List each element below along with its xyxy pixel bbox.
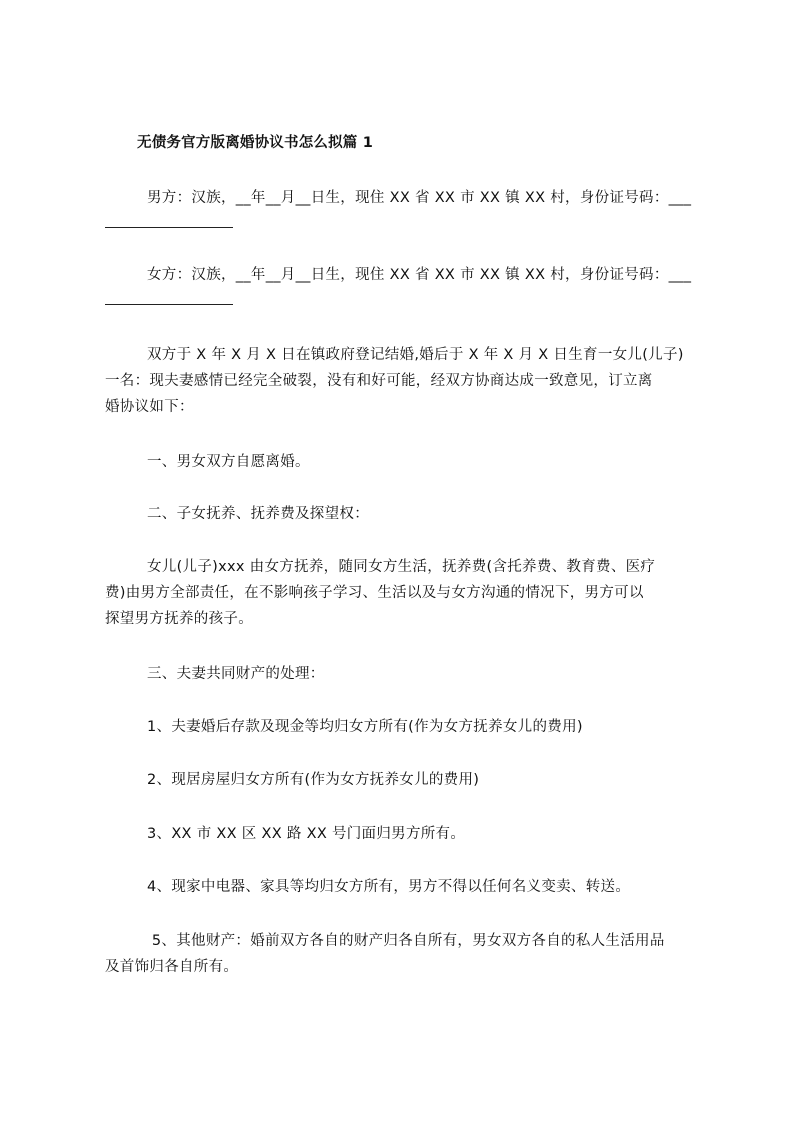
custody-line-2: 费)由男方全部责任，在不影响孩子学习、生活以及与女方沟通的情况下，男方可以 xyxy=(105,580,705,606)
female-party-line-1: 女方：汉族，__年__月__日生，现住 XX 省 XX 市 XX 镇 XX 村，… xyxy=(147,267,691,283)
property-item-2-text: 2、现居房屋归女方所有(作为女方抚养女儿的费用) xyxy=(147,772,479,788)
property-item-1-text: 1、夫妻婚后存款及现金等均归女方所有(作为女方抚养女儿的费用) xyxy=(147,719,583,735)
clause-two-heading: 二、子女抚养、抚养费及探望权： xyxy=(105,501,705,527)
clause-two-text: 二、子女抚养、抚养费及探望权： xyxy=(147,506,369,522)
id-number-blank xyxy=(105,288,705,314)
custody-line-1: 女儿(儿子)xxx 由女方抚养，随同女方生活，抚养费(含托养费、教育费、医疗 xyxy=(147,559,655,575)
id-number-blank xyxy=(105,211,705,237)
clause-one: 一、男女双方自愿离婚。 xyxy=(105,449,705,475)
intro-line-1: 双方于 X 年 X 月 X 日在镇政府登记结婚,婚后于 X 年 X 月 X 日生… xyxy=(147,347,684,363)
clause-three-text: 三、夫妻共同财产的处理： xyxy=(147,666,325,682)
property-item-3: 3、XX 市 XX 区 XX 路 XX 号门面归男方所有。 xyxy=(105,821,705,847)
female-party-paragraph: 女方：汉族，__年__月__日生，现住 XX 省 XX 市 XX 镇 XX 村，… xyxy=(105,262,705,314)
property-item-2: 2、现居房屋归女方所有(作为女方抚养女儿的费用) xyxy=(105,767,705,793)
intro-line-2: 一名：现夫妻感情已经完全破裂，没有和好可能，经双方协商达成一致意见，订立离 xyxy=(105,368,705,394)
property-item-4: 4、现家中电器、家具等均归女方所有，男方不得以任何名义变卖、转送。 xyxy=(105,874,705,900)
intro-paragraph: 双方于 X 年 X 月 X 日在镇政府登记结婚,婚后于 X 年 X 月 X 日生… xyxy=(105,342,705,420)
property-item-5-line-2: 及首饰归各自所有。 xyxy=(105,954,705,980)
document-title: 无债务官方版离婚协议书怎么拟篇 1 xyxy=(137,131,373,152)
property-item-1: 1、夫妻婚后存款及现金等均归女方所有(作为女方抚养女儿的费用) xyxy=(105,714,705,740)
custody-paragraph: 女儿(儿子)xxx 由女方抚养，随同女方生活，抚养费(含托养费、教育费、医疗 费… xyxy=(105,554,705,632)
clause-one-text: 一、男女双方自愿离婚。 xyxy=(147,454,310,470)
document-page: 无债务官方版离婚协议书怎么拟篇 1 男方：汉族，__年__月__日生，现住 XX… xyxy=(0,0,793,1122)
property-item-5: 5、其他财产：婚前双方各自的财产归各自所有，男女双方各自的私人生活用品 及首饰归… xyxy=(105,928,705,980)
intro-line-3: 婚协议如下： xyxy=(105,394,705,420)
property-item-3-text: 3、XX 市 XX 区 XX 路 XX 号门面归男方所有。 xyxy=(147,826,465,842)
male-party-line-1: 男方：汉族，__年__月__日生，现住 XX 省 XX 市 XX 镇 XX 村，… xyxy=(147,190,691,206)
male-party-paragraph: 男方：汉族，__年__月__日生，现住 XX 省 XX 市 XX 镇 XX 村，… xyxy=(105,185,705,237)
custody-line-3: 探望男方抚养的孩子。 xyxy=(105,606,705,632)
property-item-4-text: 4、现家中电器、家具等均归女方所有，男方不得以任何名义变卖、转送。 xyxy=(147,879,630,895)
clause-three-heading: 三、夫妻共同财产的处理： xyxy=(105,661,705,687)
property-item-5-line-1: 5、其他财产：婚前双方各自的财产归各自所有，男女双方各自的私人生活用品 xyxy=(147,933,665,949)
